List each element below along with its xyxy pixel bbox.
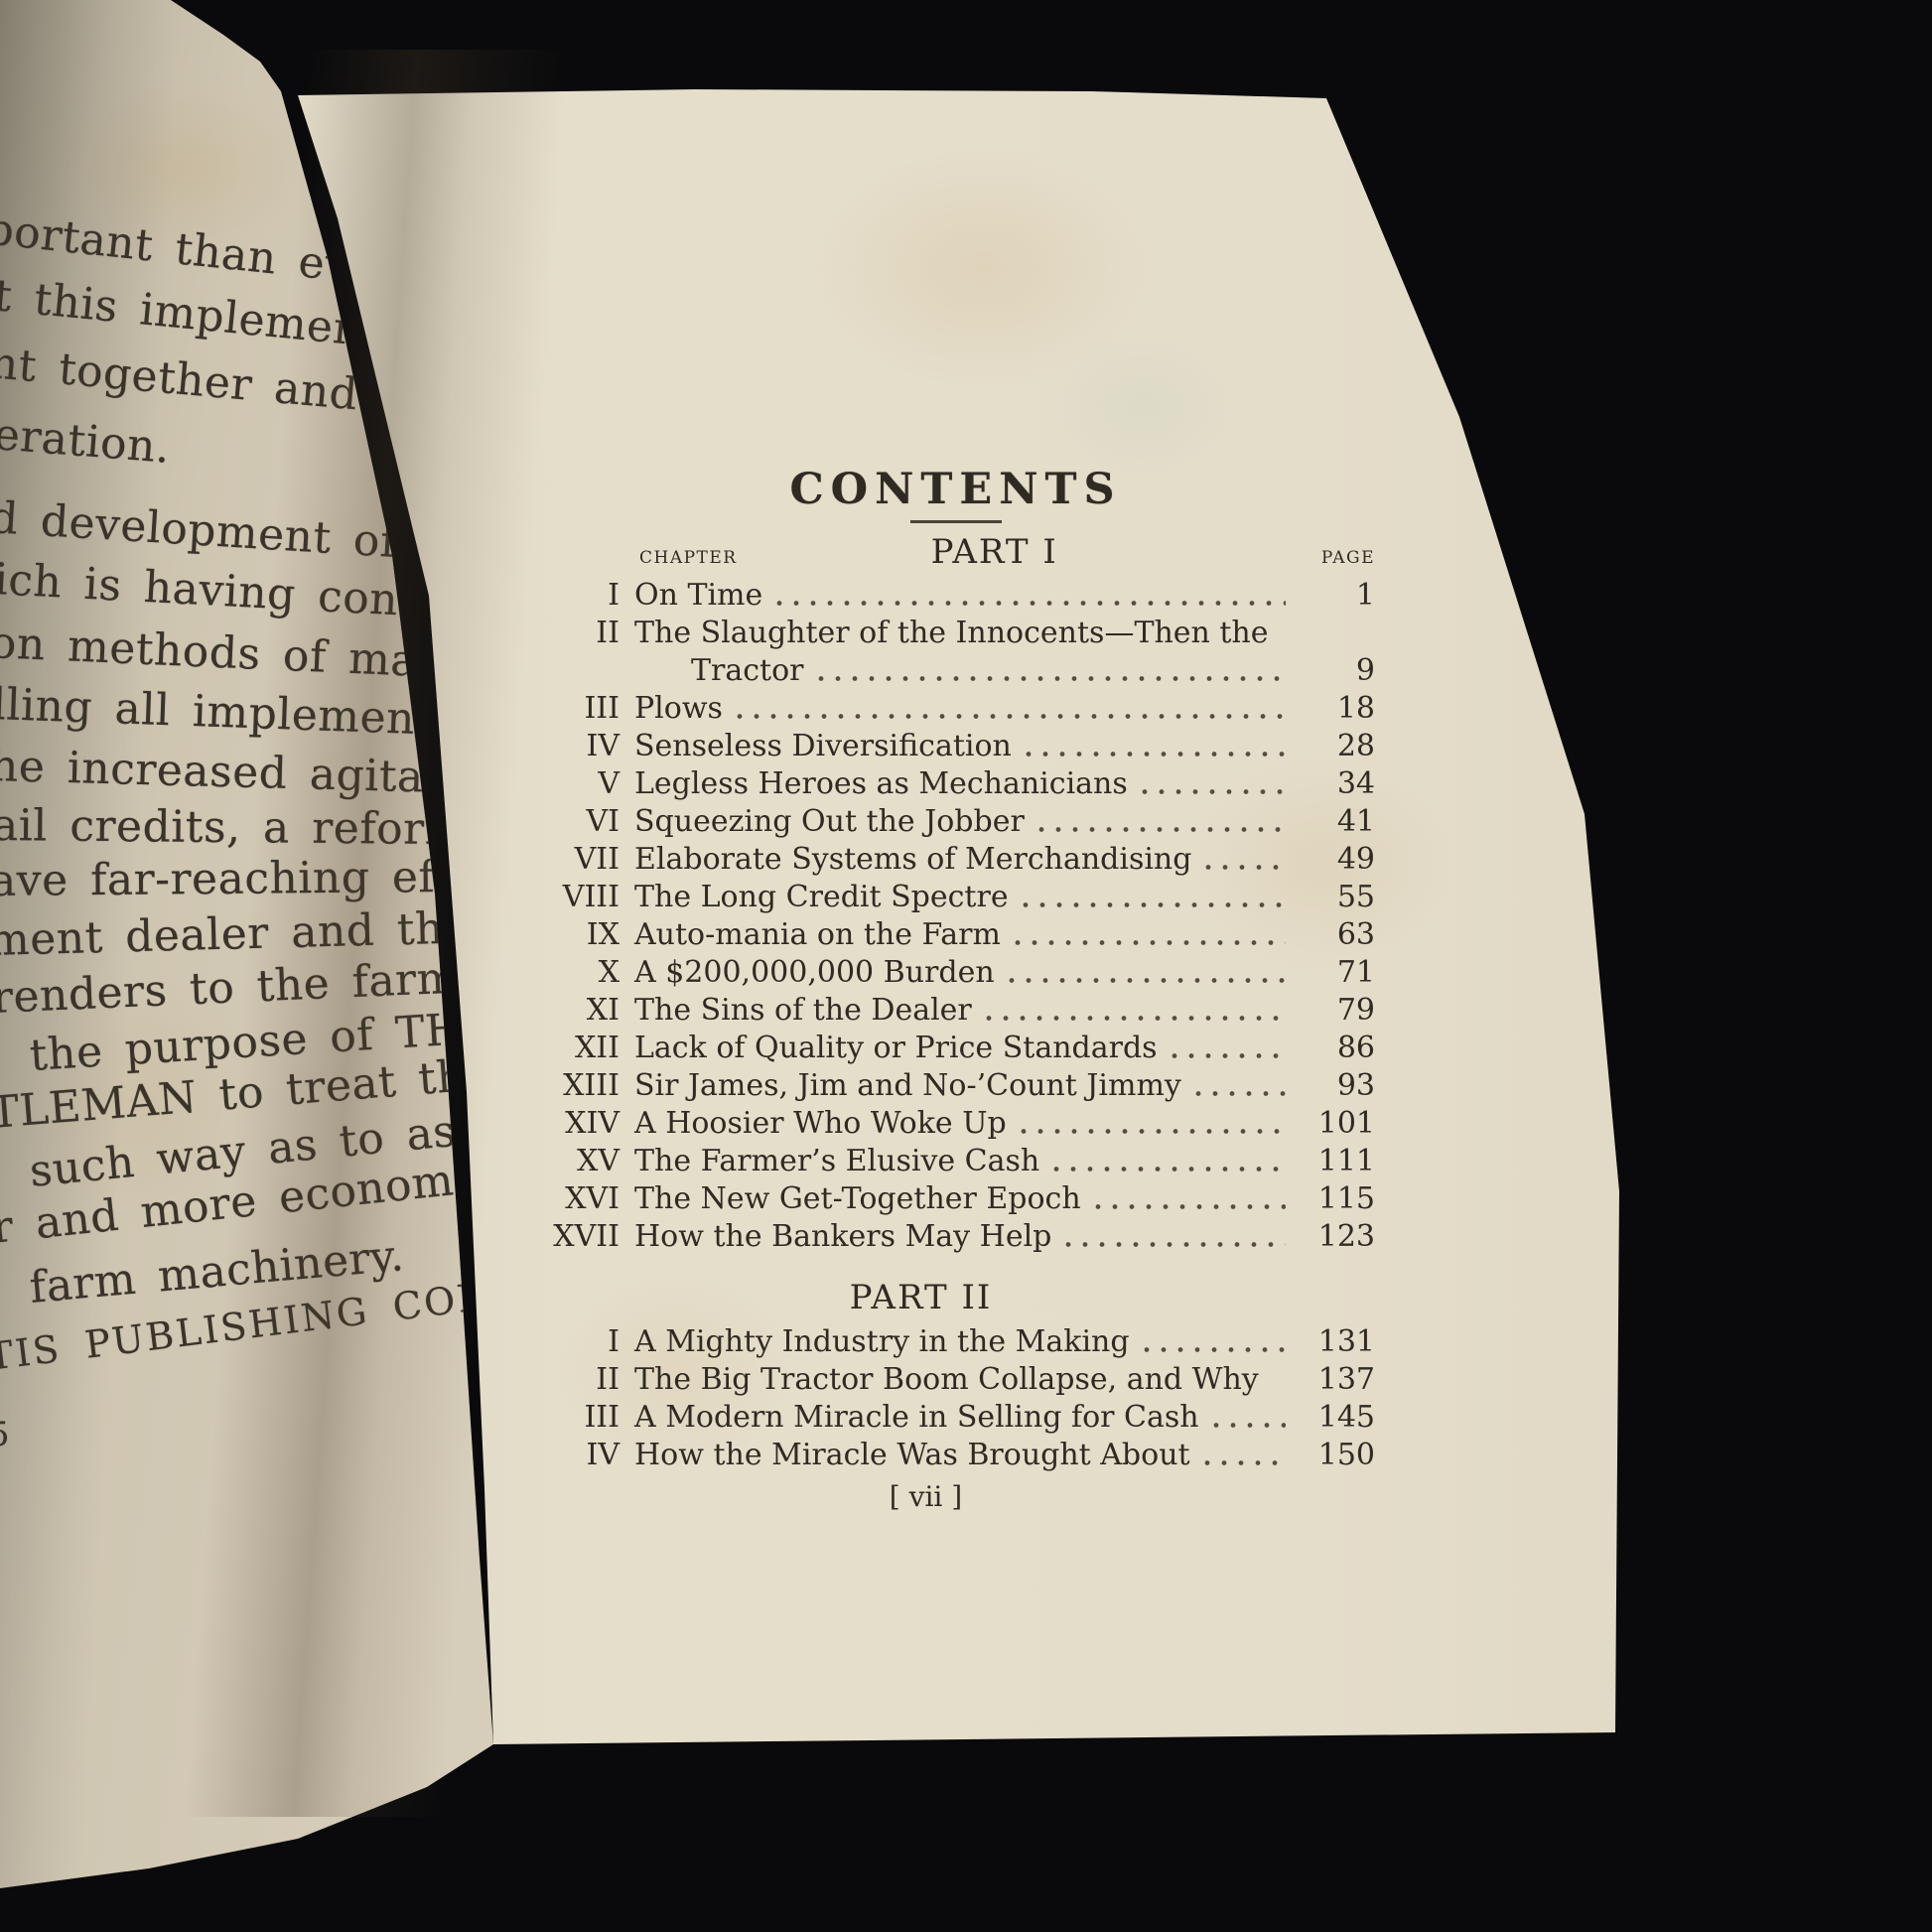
left-page-text-line: he increased agitation — [0, 741, 512, 805]
chapter-number: VII — [536, 841, 620, 879]
page-number: 71 — [1296, 954, 1375, 992]
folio: [ vii ] — [536, 1480, 1315, 1514]
chapter-number: II — [536, 1361, 620, 1399]
dot-leader — [1009, 977, 1286, 984]
book-photo: portant than ever that t this implement … — [0, 0, 1932, 1932]
dot-leader — [1213, 1422, 1286, 1429]
page-title: CONTENTS — [536, 467, 1375, 512]
toc-row: VISqueezing Out the Jobber41 — [536, 803, 1375, 841]
chapter-column-label: CHAPTER — [639, 543, 738, 573]
chapter-title: The Farmer’s Elusive Cash — [634, 1143, 1039, 1180]
chapter-title: Elaborate Systems of Merchandising — [634, 841, 1191, 879]
page-column-label: PAGE — [1321, 543, 1375, 573]
chapter-title: How the Bankers May Help — [634, 1218, 1051, 1256]
chapter-number: XI — [536, 992, 620, 1030]
dot-leader — [776, 600, 1286, 607]
chapter-number: IV — [536, 1437, 620, 1474]
page-number: 115 — [1296, 1180, 1375, 1218]
dot-leader — [1144, 1346, 1286, 1353]
dot-leader — [1021, 1128, 1286, 1135]
chapter-number: I — [536, 1323, 620, 1361]
dot-leader — [1023, 901, 1286, 908]
chapter-number: XVII — [536, 1218, 620, 1256]
paper-stain — [1042, 328, 1241, 486]
chapter-title: Legless Heroes as Mechanicians — [634, 765, 1128, 803]
chapter-number: XIV — [536, 1105, 620, 1143]
page-number: 9 — [1296, 652, 1375, 690]
left-page-text-line: on methods of manu- — [0, 618, 490, 690]
signature-mark: 5 — [0, 1415, 10, 1454]
dot-leader — [737, 713, 1286, 720]
left-page-text-line: ave far-reaching effect — [0, 851, 521, 906]
title-rule — [910, 520, 1002, 523]
dot-leader — [818, 675, 1287, 682]
left-page-text-line: eration. — [0, 409, 172, 474]
chapter-title: Lack of Quality or Price Standards — [634, 1030, 1158, 1067]
chapter-number: XV — [536, 1143, 620, 1180]
toc-row: XVIIHow the Bankers May Help123 — [536, 1218, 1375, 1256]
toc-row: VIIElaborate Systems of Merchandising49 — [536, 841, 1375, 879]
toc-row: IIThe Slaughter of the Innocents—Then th… — [536, 615, 1375, 652]
chapter-number: VIII — [536, 879, 620, 916]
toc-row: VLegless Heroes as Mechanicians34 — [536, 765, 1375, 803]
chapter-number: III — [536, 690, 620, 728]
chapter-title: The Big Tractor Boom Collapse, and Why — [634, 1361, 1259, 1399]
dot-leader — [1273, 1384, 1286, 1391]
dot-leader — [1172, 1052, 1286, 1059]
chapter-number: XII — [536, 1030, 620, 1067]
toc-row: IOn Time1 — [536, 577, 1375, 615]
chapter-title: The New Get-Together Epoch — [634, 1180, 1081, 1218]
page-number: 137 — [1296, 1361, 1375, 1399]
chapter-number: IX — [536, 916, 620, 954]
chapter-title: The Sins of the Dealer — [634, 992, 972, 1030]
dot-leader — [1142, 788, 1286, 795]
toc-row: IIThe Big Tractor Boom Collapse, and Why… — [536, 1361, 1375, 1399]
dot-leader — [1053, 1166, 1286, 1173]
toc-row: IIIPlows18 — [536, 690, 1375, 728]
dot-leader — [986, 1015, 1286, 1022]
left-page-text-line: ich is having consid- — [0, 554, 481, 630]
page-number: 41 — [1296, 803, 1375, 841]
chapter-title: A Hoosier Who Woke Up — [634, 1105, 1007, 1143]
toc-column-headers: CHAPTER PART I PAGE — [536, 537, 1375, 573]
chapter-title: Plows — [634, 690, 723, 728]
chapter-number: X — [536, 954, 620, 992]
toc-row: XIThe Sins of the Dealer79 — [536, 992, 1375, 1030]
dot-leader — [1195, 1090, 1286, 1097]
page-number: 93 — [1296, 1067, 1375, 1105]
dot-leader — [1038, 826, 1286, 833]
toc-row: XIIISir James, Jim and No-’Count Jimmy93 — [536, 1067, 1375, 1105]
page-number: 131 — [1296, 1323, 1375, 1361]
toc-row: IVSenseless Diversification28 — [536, 728, 1375, 765]
page-number: 18 — [1296, 690, 1375, 728]
part1-heading: PART I — [738, 537, 1252, 567]
chapter-title: Tractor — [691, 652, 804, 690]
chapter-number: VI — [536, 803, 620, 841]
chapter-title: Senseless Diversification — [634, 728, 1012, 765]
chapter-title: Sir James, Jim and No-’Count Jimmy — [634, 1067, 1181, 1105]
chapter-title: Squeezing Out the Jobber — [634, 803, 1025, 841]
part2-heading: PART II — [536, 1278, 1306, 1317]
toc-row: XA $200,000,000 Burden71 — [536, 954, 1375, 992]
page-number: 34 — [1296, 765, 1375, 803]
chapter-title: A Mighty Industry in the Making — [634, 1323, 1130, 1361]
chapter-number: IV — [536, 728, 620, 765]
page-number: 1 — [1296, 577, 1375, 615]
chapter-title: A Modern Miracle in Selling for Cash — [634, 1399, 1199, 1437]
left-page-text-line: lling all implements. — [0, 679, 472, 747]
toc-row: XVThe Farmer’s Elusive Cash111 — [536, 1143, 1375, 1180]
chapter-title: The Long Credit Spectre — [634, 879, 1009, 916]
dot-leader — [1026, 751, 1286, 758]
toc-row: XVIThe New Get-Together Epoch115 — [536, 1180, 1375, 1218]
chapter-number: I — [536, 577, 620, 615]
toc-row: IVHow the Miracle Was Brought About150 — [536, 1437, 1375, 1474]
toc-row: IXAuto-mania on the Farm63 — [536, 916, 1375, 954]
toc-row: XIVA Hoosier Who Woke Up101 — [536, 1105, 1375, 1143]
page-number: 101 — [1296, 1105, 1375, 1143]
dot-leader — [1095, 1203, 1286, 1210]
chapter-title: How the Miracle Was Brought About — [634, 1437, 1190, 1474]
chapter-title: A $200,000,000 Burden — [634, 954, 995, 992]
page-number: 111 — [1296, 1143, 1375, 1180]
page-number: 28 — [1296, 728, 1375, 765]
toc-row: IIIA Modern Miracle in Selling for Cash1… — [536, 1399, 1375, 1437]
chapter-number: II — [536, 615, 620, 652]
chapter-number: V — [536, 765, 620, 803]
table-of-contents: CONTENTS CHAPTER PART I PAGE IOn Time1 I… — [536, 467, 1375, 1514]
dot-leader — [1283, 637, 1365, 644]
page-number: 79 — [1296, 992, 1375, 1030]
dot-leader — [1204, 1459, 1286, 1466]
page-number: 63 — [1296, 916, 1375, 954]
chapter-number: XIII — [536, 1067, 620, 1105]
chapter-number: XVI — [536, 1180, 620, 1218]
page-number: 55 — [1296, 879, 1375, 916]
dot-leader — [1205, 864, 1286, 871]
paper-stain — [814, 149, 1152, 387]
toc-row: IA Mighty Industry in the Making131 — [536, 1323, 1375, 1361]
chapter-title: The Slaughter of the Innocents—Then the — [634, 615, 1269, 652]
chapter-number: III — [536, 1399, 620, 1437]
page-number: 86 — [1296, 1030, 1375, 1067]
dot-leader — [1015, 939, 1286, 946]
chapter-title: On Time — [634, 577, 762, 615]
page-number: 49 — [1296, 841, 1375, 879]
toc-row: VIIIThe Long Credit Spectre55 — [536, 879, 1375, 916]
toc-row: Tractor9 — [536, 652, 1375, 690]
page-number: 150 — [1296, 1437, 1375, 1474]
toc-row: XIILack of Quality or Price Standards86 — [536, 1030, 1375, 1067]
page-number: 145 — [1296, 1399, 1375, 1437]
chapter-title: Auto-mania on the Farm — [634, 916, 1001, 954]
page-number: 123 — [1296, 1218, 1375, 1256]
dot-leader — [1065, 1241, 1286, 1248]
left-page-text-line: ail credits, a reform — [0, 800, 467, 855]
